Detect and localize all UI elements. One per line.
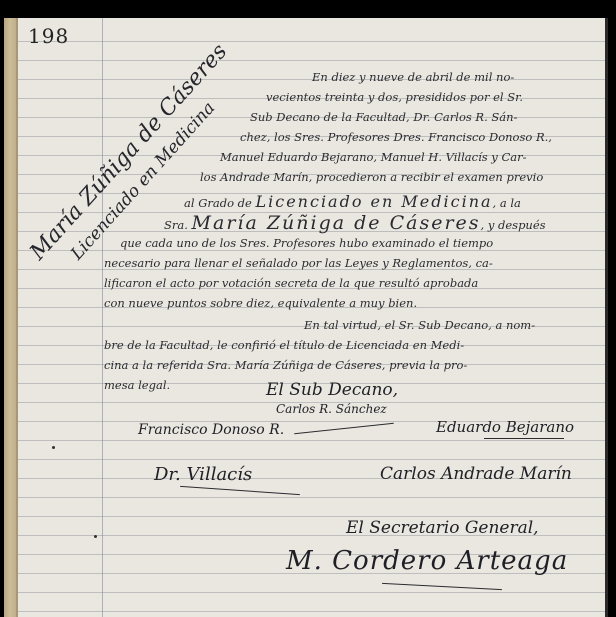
sub-decano-title: El Sub Decano, bbox=[266, 380, 398, 400]
body-line-11: lificaron el acto por votación secreta d… bbox=[104, 276, 478, 290]
body-line-6: los Andrade Marín, procedieron a recibir… bbox=[200, 170, 543, 184]
body-line-3: Sub Decano de la Facultad, Dr. Carlos R.… bbox=[250, 110, 517, 124]
degree-suffix: , a la bbox=[493, 196, 521, 210]
margin-rule bbox=[102, 18, 103, 617]
body-line-12: con nueve puntos sobre diez, equivalente… bbox=[104, 296, 417, 310]
sub-decano-signature: Carlos R. Sánchez bbox=[276, 402, 387, 416]
body-line-8: Sra. María Zúñiga de Cáseres, y después bbox=[164, 212, 546, 234]
signature-underline bbox=[180, 486, 300, 495]
body-line-10: necesario para llenar el señalado por la… bbox=[104, 256, 493, 270]
sra-text: Sra. bbox=[164, 218, 188, 232]
degree-emphasis: Licenciado en Medicina bbox=[256, 192, 493, 211]
binding-edge bbox=[16, 18, 18, 617]
name-emphasis: María Zúñiga de Cáseres bbox=[192, 212, 481, 234]
name-suffix: , y después bbox=[481, 218, 546, 232]
page-number: 198 bbox=[28, 24, 69, 48]
body-line-2: vecientos treinta y dos, presididos por … bbox=[266, 90, 523, 104]
signature-andrade: Carlos Andrade Marín bbox=[380, 464, 572, 484]
body-line-7: al Grado de Licenciado en Medicina, a la bbox=[184, 192, 521, 211]
body-line-5: Manuel Eduardo Bejarano, Manuel H. Villa… bbox=[220, 150, 527, 164]
body-line-14: bre de la Facultad, le confirió el títul… bbox=[104, 338, 464, 352]
signature-underline bbox=[484, 438, 564, 439]
secretario-signature: M. Cordero Arteaga bbox=[286, 546, 568, 576]
body-line-13: En tal virtud, el Sr. Sub Decano, a nom- bbox=[304, 318, 535, 332]
signature-bejarano: Eduardo Bejarano bbox=[436, 418, 574, 436]
body-line-4: chez, los Sres. Profesores Dres. Francis… bbox=[240, 130, 552, 144]
page-right-edge bbox=[605, 18, 608, 617]
signature-flourish bbox=[382, 583, 502, 590]
signature-flourish bbox=[294, 423, 394, 434]
body-line-16: mesa legal. bbox=[104, 378, 170, 392]
body-line-15: cina a la referida Sra. María Zúñiga de … bbox=[104, 358, 467, 372]
ink-mark bbox=[94, 535, 97, 538]
secretario-title: El Secretario General, bbox=[346, 518, 539, 538]
signature-donoso: Francisco Donoso R. bbox=[138, 422, 284, 438]
grado-text: al Grado de bbox=[184, 196, 252, 210]
page-binding bbox=[4, 18, 16, 617]
ledger-page: 198 María Zúñiga de Cáseres Licenciado e… bbox=[4, 18, 608, 617]
ink-mark bbox=[52, 446, 55, 449]
body-line-9: que cada uno de los Sres. Profesores hub… bbox=[120, 236, 493, 250]
signature-villacis: Dr. Villacís bbox=[154, 464, 252, 485]
body-line-1: En diez y nueve de abril de mil no- bbox=[312, 70, 514, 84]
